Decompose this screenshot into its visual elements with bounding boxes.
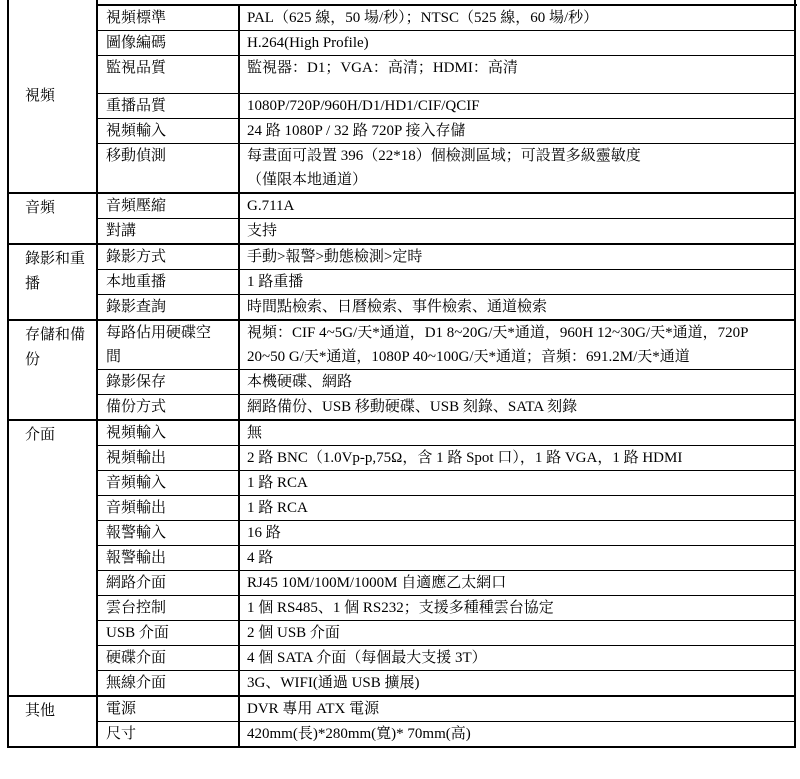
table-row: 視頻輸入無 — [98, 421, 794, 445]
spec-table: 視頻視頻標準PAL（625 線，50 場/秒）；NTSC（525 線，60 場/… — [7, 0, 796, 748]
spec-value: 1 個 RS485、1 個 RS232；支援多種種雲台協定 — [240, 596, 794, 620]
spec-value-line: 無 — [247, 421, 794, 445]
spec-label: 音頻輸入 — [98, 471, 240, 495]
spec-label: 視頻輸入 — [98, 421, 240, 445]
spec-value: 2 路 BNC（1.0Vp-p,75Ω，含 1 路 Spot 口），1 路 VG… — [240, 446, 794, 470]
spec-value-line: 20~50 G/天*通道，1080P 40~100G/天*通道；音頻：691.2… — [247, 345, 794, 369]
table-row: 網路介面RJ45 10M/100M/1000M 自適應乙太網口 — [98, 570, 794, 595]
spec-value-line: 1080P/720P/960H/D1/HD1/CIF/QCIF — [247, 94, 794, 118]
spec-label: 對講 — [98, 219, 240, 243]
spec-value-line: 1 個 RS485、1 個 RS232；支援多種種雲台協定 — [247, 596, 794, 620]
spec-value: 16 路 — [240, 521, 794, 545]
table-row: 視頻輸入24 路 1080P / 32 路 720P 接入存儲 — [98, 118, 794, 143]
table-row: 電源DVR 專用 ATX 電源 — [98, 697, 794, 721]
table-row: 重播品質1080P/720P/960H/D1/HD1/CIF/QCIF — [98, 93, 794, 118]
spec-group: 視頻視頻標準PAL（625 線，50 場/秒）；NTSC（525 線，60 場/… — [9, 0, 794, 192]
table-row: 錄影保存本機硬碟、網路 — [98, 369, 794, 394]
table-row: 無線介面3G、WIFI(通過 USB 擴展) — [98, 670, 794, 695]
spec-label: 錄影查詢 — [98, 295, 240, 319]
spec-value: RJ45 10M/100M/1000M 自適應乙太網口 — [240, 571, 794, 595]
table-row: 監視品質監視器：D1；VGA：高清；HDMI：高清 — [98, 55, 794, 93]
spec-label: 尺寸 — [98, 722, 240, 746]
spec-value-line: 手動>報警>動態檢測>定時 — [247, 245, 794, 269]
category-label: 其他 — [25, 699, 55, 724]
spec-label: 視頻輸入 — [98, 119, 240, 143]
spec-label: 音頻壓縮 — [98, 194, 240, 218]
category-cell: 視頻 — [9, 0, 98, 192]
table-row: 視頻標準PAL（625 線，50 場/秒）；NTSC（525 線，60 場/秒） — [98, 6, 794, 30]
category-cell: 其他 — [9, 697, 98, 746]
spec-value: 本機硬碟、網路 — [240, 370, 794, 394]
table-row: 本地重播1 路重播 — [98, 269, 794, 294]
spec-value-line: 420mm(長)*280mm(寬)* 70mm(高) — [247, 722, 794, 746]
spec-value-line: 4 路 — [247, 546, 794, 570]
table-row: 圖像編碼H.264(High Profile) — [98, 30, 794, 55]
category-label: 錄影和重播 — [25, 247, 92, 297]
group-rows: 視頻輸入無視頻輸出2 路 BNC（1.0Vp-p,75Ω，含 1 路 Spot … — [98, 421, 794, 695]
spec-value-line: PAL（625 線，50 場/秒）；NTSC（525 線，60 場/秒） — [247, 6, 794, 30]
spec-value: 24 路 1080P / 32 路 720P 接入存儲 — [240, 119, 794, 143]
spec-label: 每路佔用硬碟空間 — [98, 321, 240, 369]
spec-group: 介面視頻輸入無視頻輸出2 路 BNC（1.0Vp-p,75Ω，含 1 路 Spo… — [9, 419, 794, 695]
category-label: 存儲和備份 — [25, 323, 92, 373]
spec-value-line: 支持 — [247, 219, 794, 243]
group-rows: 每路佔用硬碟空間視頻：CIF 4~5G/天*通道，D1 8~20G/天*通道，9… — [98, 321, 794, 419]
spec-value: 1 路重播 — [240, 270, 794, 294]
spec-value-line: 3G、WIFI(通過 USB 擴展) — [247, 671, 794, 695]
group-rows: 錄影方式手動>報警>動態檢測>定時本地重播1 路重播錄影查詢時間點檢索、日曆檢索… — [98, 245, 794, 319]
spec-value-line: 1 路 RCA — [247, 496, 794, 520]
spec-label: 錄影保存 — [98, 370, 240, 394]
spec-value: 420mm(長)*280mm(寬)* 70mm(高) — [240, 722, 794, 746]
spec-value: 每畫面可設置 396（22*18）個檢測區域；可設置多級靈敏度（僅限本地通道） — [240, 144, 794, 192]
spec-value-line: （僅限本地通道） — [247, 168, 794, 192]
spec-label: 圖像編碼 — [98, 31, 240, 55]
table-row: 報警輸入16 路 — [98, 520, 794, 545]
page: 視頻視頻標準PAL（625 線，50 場/秒）；NTSC（525 線，60 場/… — [0, 0, 800, 779]
spec-label: 報警輸入 — [98, 521, 240, 545]
spec-value-line: 每畫面可設置 396（22*18）個檢測區域；可設置多級靈敏度 — [247, 144, 794, 168]
spec-group: 音頻音頻壓縮G.711A對講支持 — [9, 192, 794, 243]
spec-label: 視頻輸出 — [98, 446, 240, 470]
spec-value-line: 2 個 USB 介面 — [247, 621, 794, 645]
table-row: 音頻壓縮G.711A — [98, 194, 794, 218]
spec-label: 本地重播 — [98, 270, 240, 294]
spec-label: 雲台控制 — [98, 596, 240, 620]
spec-value-line: DVR 專用 ATX 電源 — [247, 697, 794, 721]
spec-value-line: 24 路 1080P / 32 路 720P 接入存儲 — [247, 119, 794, 143]
spec-value: 時間點檢索、日曆檢索、事件檢索、通道檢索 — [240, 295, 794, 319]
table-row: 備份方式網路備份、USB 移動硬碟、USB 刻錄、SATA 刻錄 — [98, 394, 794, 419]
spec-label: 移動偵測 — [98, 144, 240, 192]
spec-group: 其他電源DVR 專用 ATX 電源尺寸420mm(長)*280mm(寬)* 70… — [9, 695, 794, 746]
group-rows: 視頻標準PAL（625 線，50 場/秒）；NTSC（525 線，60 場/秒）… — [98, 0, 794, 192]
spec-value: PAL（625 線，50 場/秒）；NTSC（525 線，60 場/秒） — [240, 6, 794, 30]
spec-value: H.264(High Profile) — [240, 31, 794, 55]
spec-value-line: RJ45 10M/100M/1000M 自適應乙太網口 — [247, 571, 794, 595]
table-row: 錄影方式手動>報警>動態檢測>定時 — [98, 245, 794, 269]
spec-value-line: 4 個 SATA 介面（每個最大支援 3T） — [247, 646, 794, 670]
spec-value: 3G、WIFI(通過 USB 擴展) — [240, 671, 794, 695]
spec-group: 錄影和重播錄影方式手動>報警>動態檢測>定時本地重播1 路重播錄影查詢時間點檢索… — [9, 243, 794, 319]
table-row: 報警輸出4 路 — [98, 545, 794, 570]
table-row: 錄影查詢時間點檢索、日曆檢索、事件檢索、通道檢索 — [98, 294, 794, 319]
spec-value: G.711A — [240, 194, 794, 218]
category-cell: 音頻 — [9, 194, 98, 243]
spec-value: 支持 — [240, 219, 794, 243]
spec-label: 音頻輸出 — [98, 496, 240, 520]
spec-label: 網路介面 — [98, 571, 240, 595]
table-row: 每路佔用硬碟空間視頻：CIF 4~5G/天*通道，D1 8~20G/天*通道，9… — [98, 321, 794, 369]
table-row: 雲台控制1 個 RS485、1 個 RS232；支援多種種雲台協定 — [98, 595, 794, 620]
spec-label: 備份方式 — [98, 395, 240, 419]
category-cell: 錄影和重播 — [9, 245, 98, 319]
spec-value-line: 16 路 — [247, 521, 794, 545]
spec-value: DVR 專用 ATX 電源 — [240, 697, 794, 721]
group-rows: 音頻壓縮G.711A對講支持 — [98, 194, 794, 243]
spec-label: USB 介面 — [98, 621, 240, 645]
table-row: USB 介面2 個 USB 介面 — [98, 620, 794, 645]
spec-label: 無線介面 — [98, 671, 240, 695]
spec-value-line: H.264(High Profile) — [247, 31, 794, 55]
category-cell: 存儲和備份 — [9, 321, 98, 419]
spec-value: 1080P/720P/960H/D1/HD1/CIF/QCIF — [240, 94, 794, 118]
spec-value: 監視器：D1；VGA：高清；HDMI：高清 — [240, 56, 794, 93]
spec-value-line: 2 路 BNC（1.0Vp-p,75Ω，含 1 路 Spot 口），1 路 VG… — [247, 446, 794, 470]
spec-value-line: 監視器：D1；VGA：高清；HDMI：高清 — [247, 56, 794, 80]
table-row: 音頻輸入1 路 RCA — [98, 470, 794, 495]
spec-value: 無 — [240, 421, 794, 445]
group-rows: 電源DVR 專用 ATX 電源尺寸420mm(長)*280mm(寬)* 70mm… — [98, 697, 794, 746]
spec-label: 監視品質 — [98, 56, 240, 93]
spec-value: 2 個 USB 介面 — [240, 621, 794, 645]
spec-label: 報警輸出 — [98, 546, 240, 570]
spec-group: 存儲和備份每路佔用硬碟空間視頻：CIF 4~5G/天*通道，D1 8~20G/天… — [9, 319, 794, 419]
spec-value: 1 路 RCA — [240, 496, 794, 520]
spec-label: 重播品質 — [98, 94, 240, 118]
table-row: 硬碟介面4 個 SATA 介面（每個最大支援 3T） — [98, 645, 794, 670]
table-row: 視頻輸出2 路 BNC（1.0Vp-p,75Ω，含 1 路 Spot 口），1 … — [98, 445, 794, 470]
spec-value-line: 網路備份、USB 移動硬碟、USB 刻錄、SATA 刻錄 — [247, 395, 794, 419]
spec-value-line: 本機硬碟、網路 — [247, 370, 794, 394]
spec-value: 手動>報警>動態檢測>定時 — [240, 245, 794, 269]
spec-value: 視頻：CIF 4~5G/天*通道，D1 8~20G/天*通道，960H 12~3… — [240, 321, 794, 369]
spec-value-line: G.711A — [247, 194, 794, 218]
category-label: 視頻 — [25, 84, 55, 109]
table-top-border — [96, 4, 797, 6]
spec-value: 4 路 — [240, 546, 794, 570]
category-cell: 介面 — [9, 421, 98, 695]
table-row: 對講支持 — [98, 218, 794, 243]
table-row: 移動偵測每畫面可設置 396（22*18）個檢測區域；可設置多級靈敏度（僅限本地… — [98, 143, 794, 192]
spec-value-line: 視頻：CIF 4~5G/天*通道，D1 8~20G/天*通道，960H 12~3… — [247, 321, 794, 345]
category-label: 介面 — [25, 423, 55, 448]
table-row: 尺寸420mm(長)*280mm(寬)* 70mm(高) — [98, 721, 794, 746]
spec-value: 網路備份、USB 移動硬碟、USB 刻錄、SATA 刻錄 — [240, 395, 794, 419]
spec-label: 視頻標準 — [98, 6, 240, 30]
spec-value-line: 1 路重播 — [247, 270, 794, 294]
spec-value-line: 時間點檢索、日曆檢索、事件檢索、通道檢索 — [247, 295, 794, 319]
spec-label: 硬碟介面 — [98, 646, 240, 670]
spec-label: 電源 — [98, 697, 240, 721]
table-row: 音頻輸出1 路 RCA — [98, 495, 794, 520]
category-label: 音頻 — [25, 196, 55, 221]
spec-value-line: 1 路 RCA — [247, 471, 794, 495]
spec-value: 1 路 RCA — [240, 471, 794, 495]
spec-value: 4 個 SATA 介面（每個最大支援 3T） — [240, 646, 794, 670]
spec-label: 錄影方式 — [98, 245, 240, 269]
